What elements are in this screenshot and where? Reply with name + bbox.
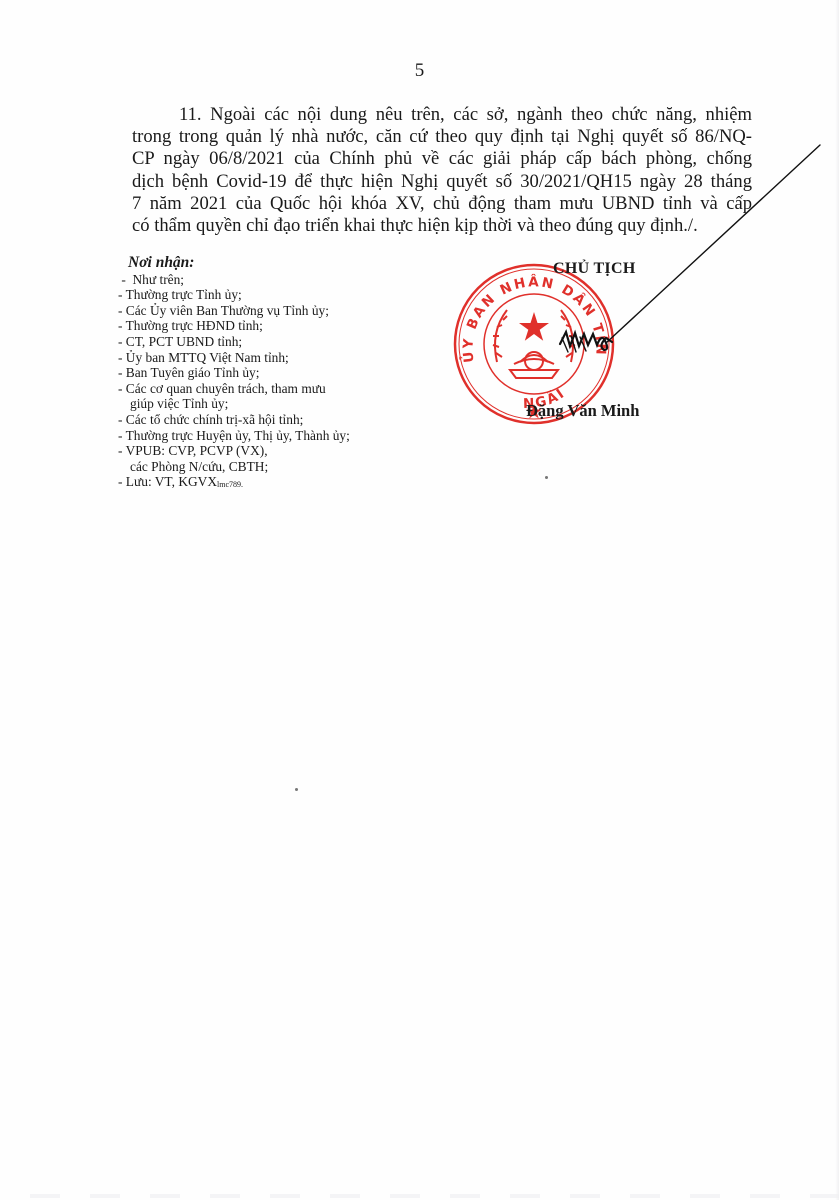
recipients-heading: Nơi nhận: [128,255,438,271]
recipient-item: - Ủy ban MTTQ Việt Nam tỉnh; [118,350,438,366]
recipient-item: - Các cơ quan chuyên trách, tham mưu [118,381,438,397]
recipient-item: - CT, PCT UBND tỉnh; [118,334,438,350]
recipient-item: - Thường trực Tỉnh ủy; [118,287,438,303]
paragraph-11: 11. Ngoài các nội dung nêu trên, các sở,… [132,104,752,237]
scan-speck [545,476,548,479]
paragraph-line: 11. Ngoài các nội dung nêu trên, các sở,… [132,104,752,126]
signer-name: Đặng Văn Minh [526,401,639,421]
recipient-item: - Các Ủy viên Ban Thường vụ Tỉnh ủy; [118,303,438,319]
recipient-item: - Thường trực HĐND tỉnh; [118,318,438,334]
scan-speck [295,788,298,791]
recipient-item: - Thường trực Huyện ủy, Thị ủy, Thành ủy… [118,428,438,444]
archive-label: - Lưu: VT, KGVX [118,474,217,489]
paragraph-line: trong trong quản lý nhà nước, căn cứ the… [132,126,752,148]
paragraph-line: có thẩm quyền chỉ đạo triển khai thực hi… [132,215,752,237]
recipient-item: - Các tổ chức chính trị-xã hội tỉnh; [118,412,438,428]
paragraph-line: CP ngày 06/8/2021 của Chính phủ về các g… [132,148,752,170]
recipients-block: Nơi nhận: - Như trên; - Thường trực Tỉnh… [118,255,438,492]
recipient-item: - VPUB: CVP, PCVP (VX), [118,443,438,459]
recipient-item: - Như trên; [118,272,438,288]
recipient-item: - Ban Tuyên giáo Tỉnh ủy; [118,365,438,381]
page-number: 5 [0,60,839,82]
recipient-item: các Phòng N/cứu, CBTH; [118,459,438,475]
paragraph-line: dịch bệnh Covid-19 để thực hiện Nghị quy… [132,171,752,193]
archive-suffix: lmc789. [217,480,243,489]
recipient-item: giúp việc Tỉnh ủy; [118,396,438,412]
scan-edge-shadow [835,0,839,1200]
document-page: 5 11. Ngoài các nội dung nêu trên, các s… [0,0,839,1200]
recipient-item-archive: - Lưu: VT, KGVXlmc789. [118,474,438,492]
paragraph-line: 7 năm 2021 của Quốc hội khóa XV, chủ độn… [132,193,752,215]
signer-title: CHỦ TỊCH [553,260,636,278]
scan-noise [0,1194,839,1198]
